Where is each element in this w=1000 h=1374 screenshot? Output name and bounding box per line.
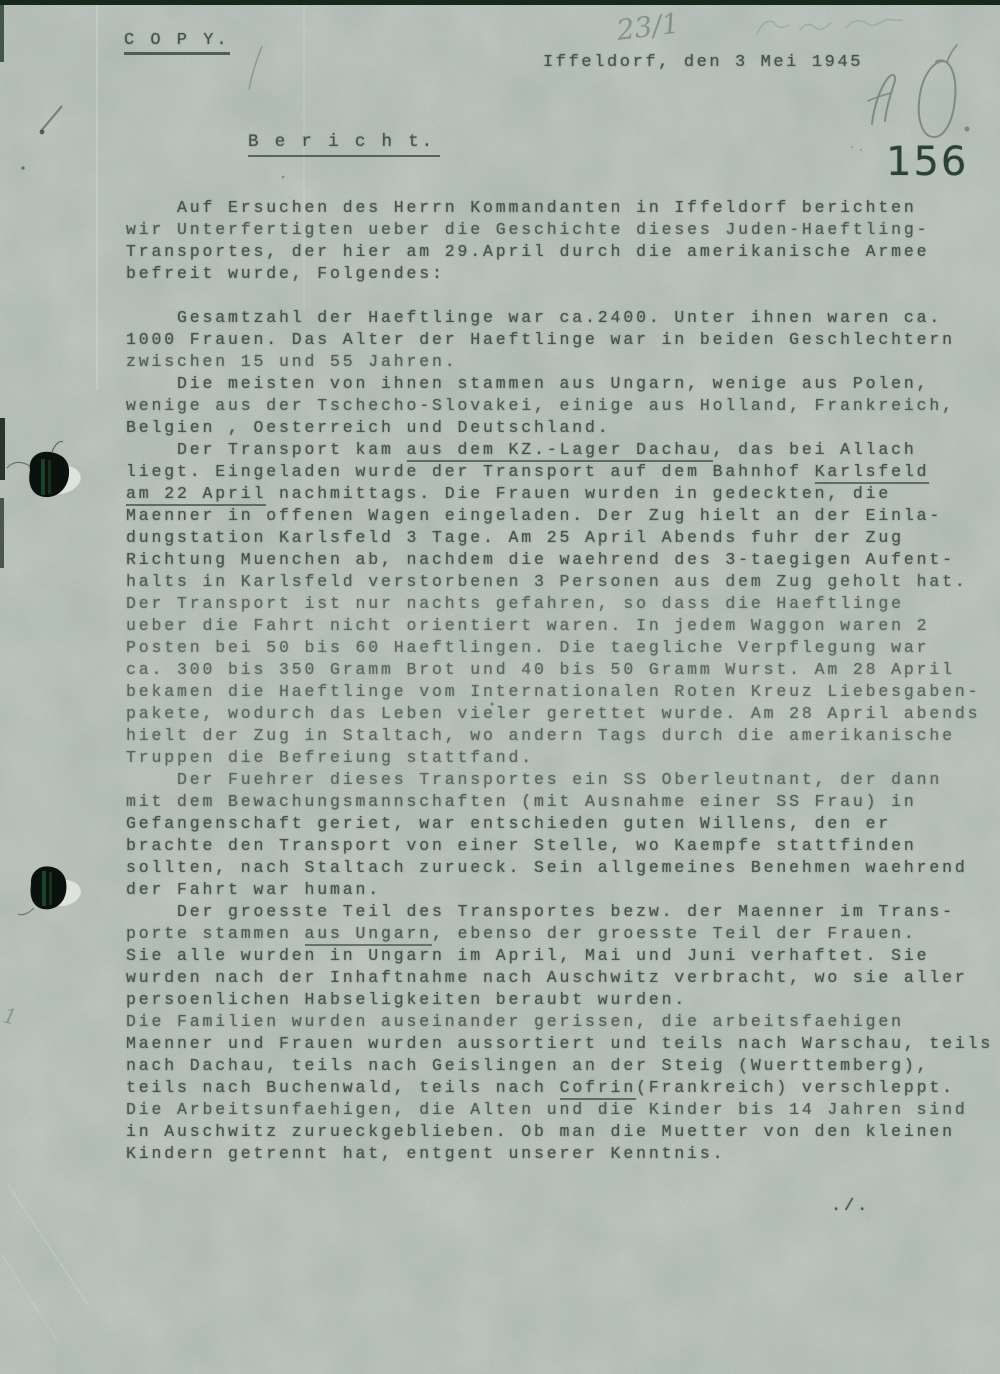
- text-segment: brachte den Transport von einer Stelle, …: [126, 836, 917, 855]
- text-line: zwischen 15 und 55 Jahren.: [126, 351, 993, 373]
- text-segment: dungstation Karlsfeld 3 Tage. Am 25 Apri…: [126, 528, 904, 547]
- text-segment: ueber die Fahrt nicht orientiert waren. …: [126, 616, 929, 635]
- text-segment: liegt. Eingeladen wurde der Transport au…: [126, 462, 815, 481]
- underlined-text: Cofrin: [560, 1078, 637, 1100]
- handwritten-code: 23/1: [614, 7, 681, 48]
- text-line: in Auschwitz zurueckgeblieben. Ob man di…: [126, 1121, 993, 1143]
- text-line: Belgien , Oesterreich und Deutschland.: [126, 417, 993, 439]
- text-segment: Kindern getrennt hat, entgent unserer Ke…: [126, 1144, 725, 1163]
- text-line: Der Transport kam aus dem KZ.-Lager Dach…: [126, 439, 993, 461]
- page-number-stamp: 156: [886, 139, 968, 185]
- text-segment: halts in Karlsfeld verstorbenen 3 Person…: [126, 572, 968, 591]
- text-segment: Der Transport kam: [126, 440, 407, 459]
- text-line: wurden nach der Inhaftnahme nach Auschwi…: [126, 967, 993, 989]
- text-segment: Der groesste Teil des Transportes bezw. …: [126, 902, 955, 921]
- text-line: porte stammen aus Ungarn, ebenso der gro…: [126, 923, 993, 945]
- text-line: Die Arbeitsunfaehigen, die Alten und die…: [126, 1099, 993, 1121]
- text-segment: persoenlichen Habseligkeiten beraubt wur…: [126, 990, 687, 1009]
- text-segment: zwischen 15 und 55 Jahren.: [126, 352, 458, 371]
- text-line: Der Fuehrer dieses Transportes ein SS Ob…: [126, 769, 993, 791]
- text-line: bekamen die Haeftlinge vom International…: [126, 681, 993, 703]
- text-segment: Truppen die Befreiung stattfand.: [126, 748, 534, 767]
- text-line: Kindern getrennt hat, entgent unserer Ke…: [126, 1143, 993, 1165]
- text-line: Die Familien wurden auseinander gerissen…: [126, 1011, 993, 1033]
- text-line: Die meisten von ihnen stammen aus Ungarn…: [126, 373, 993, 395]
- text-segment: bekamen die Haeftlinge vom International…: [126, 682, 980, 701]
- text-line: 1000 Frauen. Das Alter der Haeftlinge wa…: [126, 329, 993, 351]
- text-line: Der groesste Teil des Transportes bezw. …: [126, 901, 993, 923]
- text-line: halts in Karlsfeld verstorbenen 3 Person…: [126, 571, 993, 593]
- text-segment: befreit wurde, Folgendes:: [126, 264, 445, 283]
- text-line: pakete, wodurch das Leben vieler gerette…: [126, 703, 993, 725]
- text-segment: Die meisten von ihnen stammen aus Ungarn…: [126, 374, 929, 393]
- text-segment: Gesamtzahl der Haeftlinge war ca.2400. U…: [126, 308, 942, 327]
- text-segment: Gefangenschaft geriet, war entschieden g…: [126, 814, 891, 833]
- underlined-text: am 22 April: [126, 484, 266, 506]
- text-segment: , das bei Allach: [713, 440, 917, 459]
- dateline: Iffeldorf, den 3 Mei 1945: [543, 53, 863, 72]
- text-segment: Belgien , Oesterreich und Deutschland.: [126, 418, 611, 437]
- text-line: teils nach Buchenwald, teils nach Cofrin…: [126, 1077, 993, 1099]
- continuation-mark: ./.: [831, 1197, 870, 1216]
- text-segment: sollten, nach Staltach zurueck. Sein all…: [126, 858, 968, 877]
- text-line: wenige aus der Tschecho-Slovakei, einige…: [126, 395, 993, 417]
- text-segment: Maenner und Frauen wurden aussortiert un…: [126, 1034, 993, 1053]
- underlined-text: aus dem KZ.-Lager Dachau: [407, 440, 713, 462]
- text-segment: nach Dachau, teils nach Geislingen an de…: [126, 1056, 929, 1075]
- text-segment: hielt der Zug in Staltach, wo andern Tag…: [126, 726, 955, 745]
- text-segment: (Frankreich) verschleppt.: [636, 1078, 955, 1097]
- underlined-text: Karlsfeld: [815, 462, 930, 484]
- text-segment: wenige aus der Tschecho-Slovakei, einige…: [126, 396, 955, 415]
- text-line: nach Dachau, teils nach Geislingen an de…: [126, 1055, 993, 1077]
- text-segment: 1000 Frauen. Das Alter der Haeftlinge wa…: [126, 330, 955, 349]
- text-segment: ca. 300 bis 350 Gramm Brot und 40 bis 50…: [126, 660, 955, 679]
- text-line: befreit wurde, Folgendes:: [126, 263, 929, 285]
- text-segment: , ebenso der groesste Teil der Frauen.: [432, 924, 917, 943]
- copy-label: C O P Y.: [124, 31, 230, 55]
- text-segment: Der Fuehrer dieses Transportes ein SS Ob…: [126, 770, 942, 789]
- text-line: Sie alle wurden in Ungarn im April, Mai …: [126, 945, 993, 967]
- text-line: Auf Ersuchen des Herrn Kommandanten in I…: [126, 197, 929, 219]
- text-segment: Richtung Muenchen ab, nachdem die waehre…: [126, 550, 955, 569]
- text-line: Gefangenschaft geriet, war entschieden g…: [126, 813, 993, 835]
- text-line: Truppen die Befreiung stattfand.: [126, 747, 993, 769]
- text-line: ueber die Fahrt nicht orientiert waren. …: [126, 615, 993, 637]
- text-line: Transportes, der hier am 29.April durch …: [126, 241, 929, 263]
- text-segment: wurden nach der Inhaftnahme nach Auschwi…: [126, 968, 968, 987]
- text-segment: teils nach Buchenwald, teils nach: [126, 1078, 560, 1097]
- text-line: Gesamtzahl der Haeftlinge war ca.2400. U…: [126, 307, 993, 329]
- text-line: liegt. Eingeladen wurde der Transport au…: [126, 461, 993, 483]
- text-line: mit dem Bewachungsmannschaften (mit Ausn…: [126, 791, 993, 813]
- text-line: Der Transport ist nur nachts gefahren, s…: [126, 593, 993, 615]
- text-line: persoenlichen Habseligkeiten beraubt wur…: [126, 989, 993, 1011]
- text-line: am 22 April nachmittags. Die Frauen wurd…: [126, 483, 993, 505]
- text-segment: pakete, wodurch das Leben vieler gerette…: [126, 704, 980, 723]
- report-title: B e r i c h t.: [248, 132, 440, 157]
- intro-paragraph: Auf Ersuchen des Herrn Kommandanten in I…: [126, 197, 929, 285]
- underlined-text: aus Ungarn: [305, 924, 433, 946]
- main-text: Gesamtzahl der Haeftlinge war ca.2400. U…: [126, 307, 993, 1165]
- text-segment: Die Familien wurden auseinander gerissen…: [126, 1012, 904, 1031]
- text-segment: Die Arbeitsunfaehigen, die Alten und die…: [126, 1100, 968, 1119]
- text-line: der Fahrt war human.: [126, 879, 993, 901]
- text-segment: mit dem Bewachungsmannschaften (mit Ausn…: [126, 792, 917, 811]
- text-segment: Maenner in offenen Wagen eingeladen. Der…: [126, 506, 942, 525]
- text-line: wir Unterfertigten ueber die Geschichte …: [126, 219, 929, 241]
- text-segment: Sie alle wurden in Ungarn im April, Mai …: [126, 946, 929, 965]
- punch-hole-top: [7, 441, 83, 498]
- text-line: Maenner und Frauen wurden aussortiert un…: [126, 1033, 993, 1055]
- text-segment: Posten bei 50 bis 60 Haeftlingen. Die ta…: [126, 638, 929, 657]
- margin-pencil-mark: 1: [1, 1003, 19, 1029]
- text-line: sollten, nach Staltach zurueck. Sein all…: [126, 857, 993, 879]
- handwritten-annotation-top: 23/1: [614, 7, 902, 48]
- text-line: hielt der Zug in Staltach, wo andern Tag…: [126, 725, 993, 747]
- text-line: Richtung Muenchen ab, nachdem die waehre…: [126, 549, 993, 571]
- text-segment: wir Unterfertigten ueber die Geschichte …: [126, 220, 929, 239]
- text-line: dungstation Karlsfeld 3 Tage. Am 25 Apri…: [126, 527, 993, 549]
- text-segment: Der Transport ist nur nachts gefahren, s…: [126, 594, 904, 613]
- text-segment: der Fahrt war human.: [126, 880, 381, 899]
- handwritten-initials: [851, 45, 970, 151]
- text-line: Maenner in offenen Wagen eingeladen. Der…: [126, 505, 993, 527]
- text-segment: nachmittags. Die Frauen wurden in gedeck…: [266, 484, 891, 503]
- text-segment: Auf Ersuchen des Herrn Kommandanten in I…: [126, 198, 917, 217]
- text-line: brachte den Transport von einer Stelle, …: [126, 835, 993, 857]
- text-line: Posten bei 50 bis 60 Haeftlingen. Die ta…: [126, 637, 993, 659]
- text-line: ca. 300 bis 350 Gramm Brot und 40 bis 50…: [126, 659, 993, 681]
- document-page: 23/1 1 C O P Y. Iffeldorf, den 3 Mei 194…: [0, 0, 1000, 1374]
- text-segment: in Auschwitz zurueckgeblieben. Ob man di…: [126, 1122, 955, 1141]
- text-segment: Transportes, der hier am 29.April durch …: [126, 242, 929, 261]
- text-segment: porte stammen: [126, 924, 305, 943]
- punch-hole-bottom: [18, 866, 83, 914]
